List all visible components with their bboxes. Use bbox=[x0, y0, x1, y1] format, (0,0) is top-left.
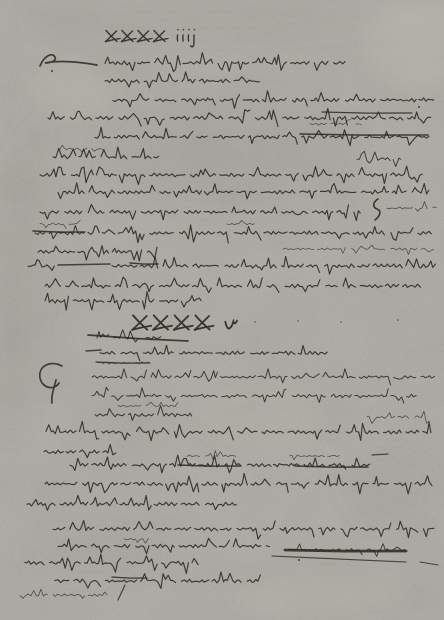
paper-blotch bbox=[20, 530, 160, 580]
faded-ink-dot bbox=[297, 320, 299, 322]
paper-blotch bbox=[230, 577, 410, 613]
ink-dot bbox=[51, 70, 53, 72]
faded-ink-dot bbox=[254, 321, 256, 323]
faded-ink-dot bbox=[340, 321, 342, 323]
paper-blotch bbox=[20, 2, 380, 38]
strikethrough-mark bbox=[285, 550, 406, 551]
pen-stroke bbox=[58, 264, 110, 265]
pen-stroke bbox=[86, 350, 101, 351]
ink-dot bbox=[418, 106, 420, 108]
manuscript-scan bbox=[0, 0, 444, 620]
paper-blotch bbox=[25, 65, 115, 115]
paper-blotch bbox=[12, 120, 48, 240]
paper-blotch bbox=[200, 390, 320, 450]
ink-dot bbox=[298, 559, 300, 561]
faded-ink-dot bbox=[397, 319, 399, 321]
manuscript-page: XXXX iiij XXXX v bbox=[0, 0, 444, 620]
